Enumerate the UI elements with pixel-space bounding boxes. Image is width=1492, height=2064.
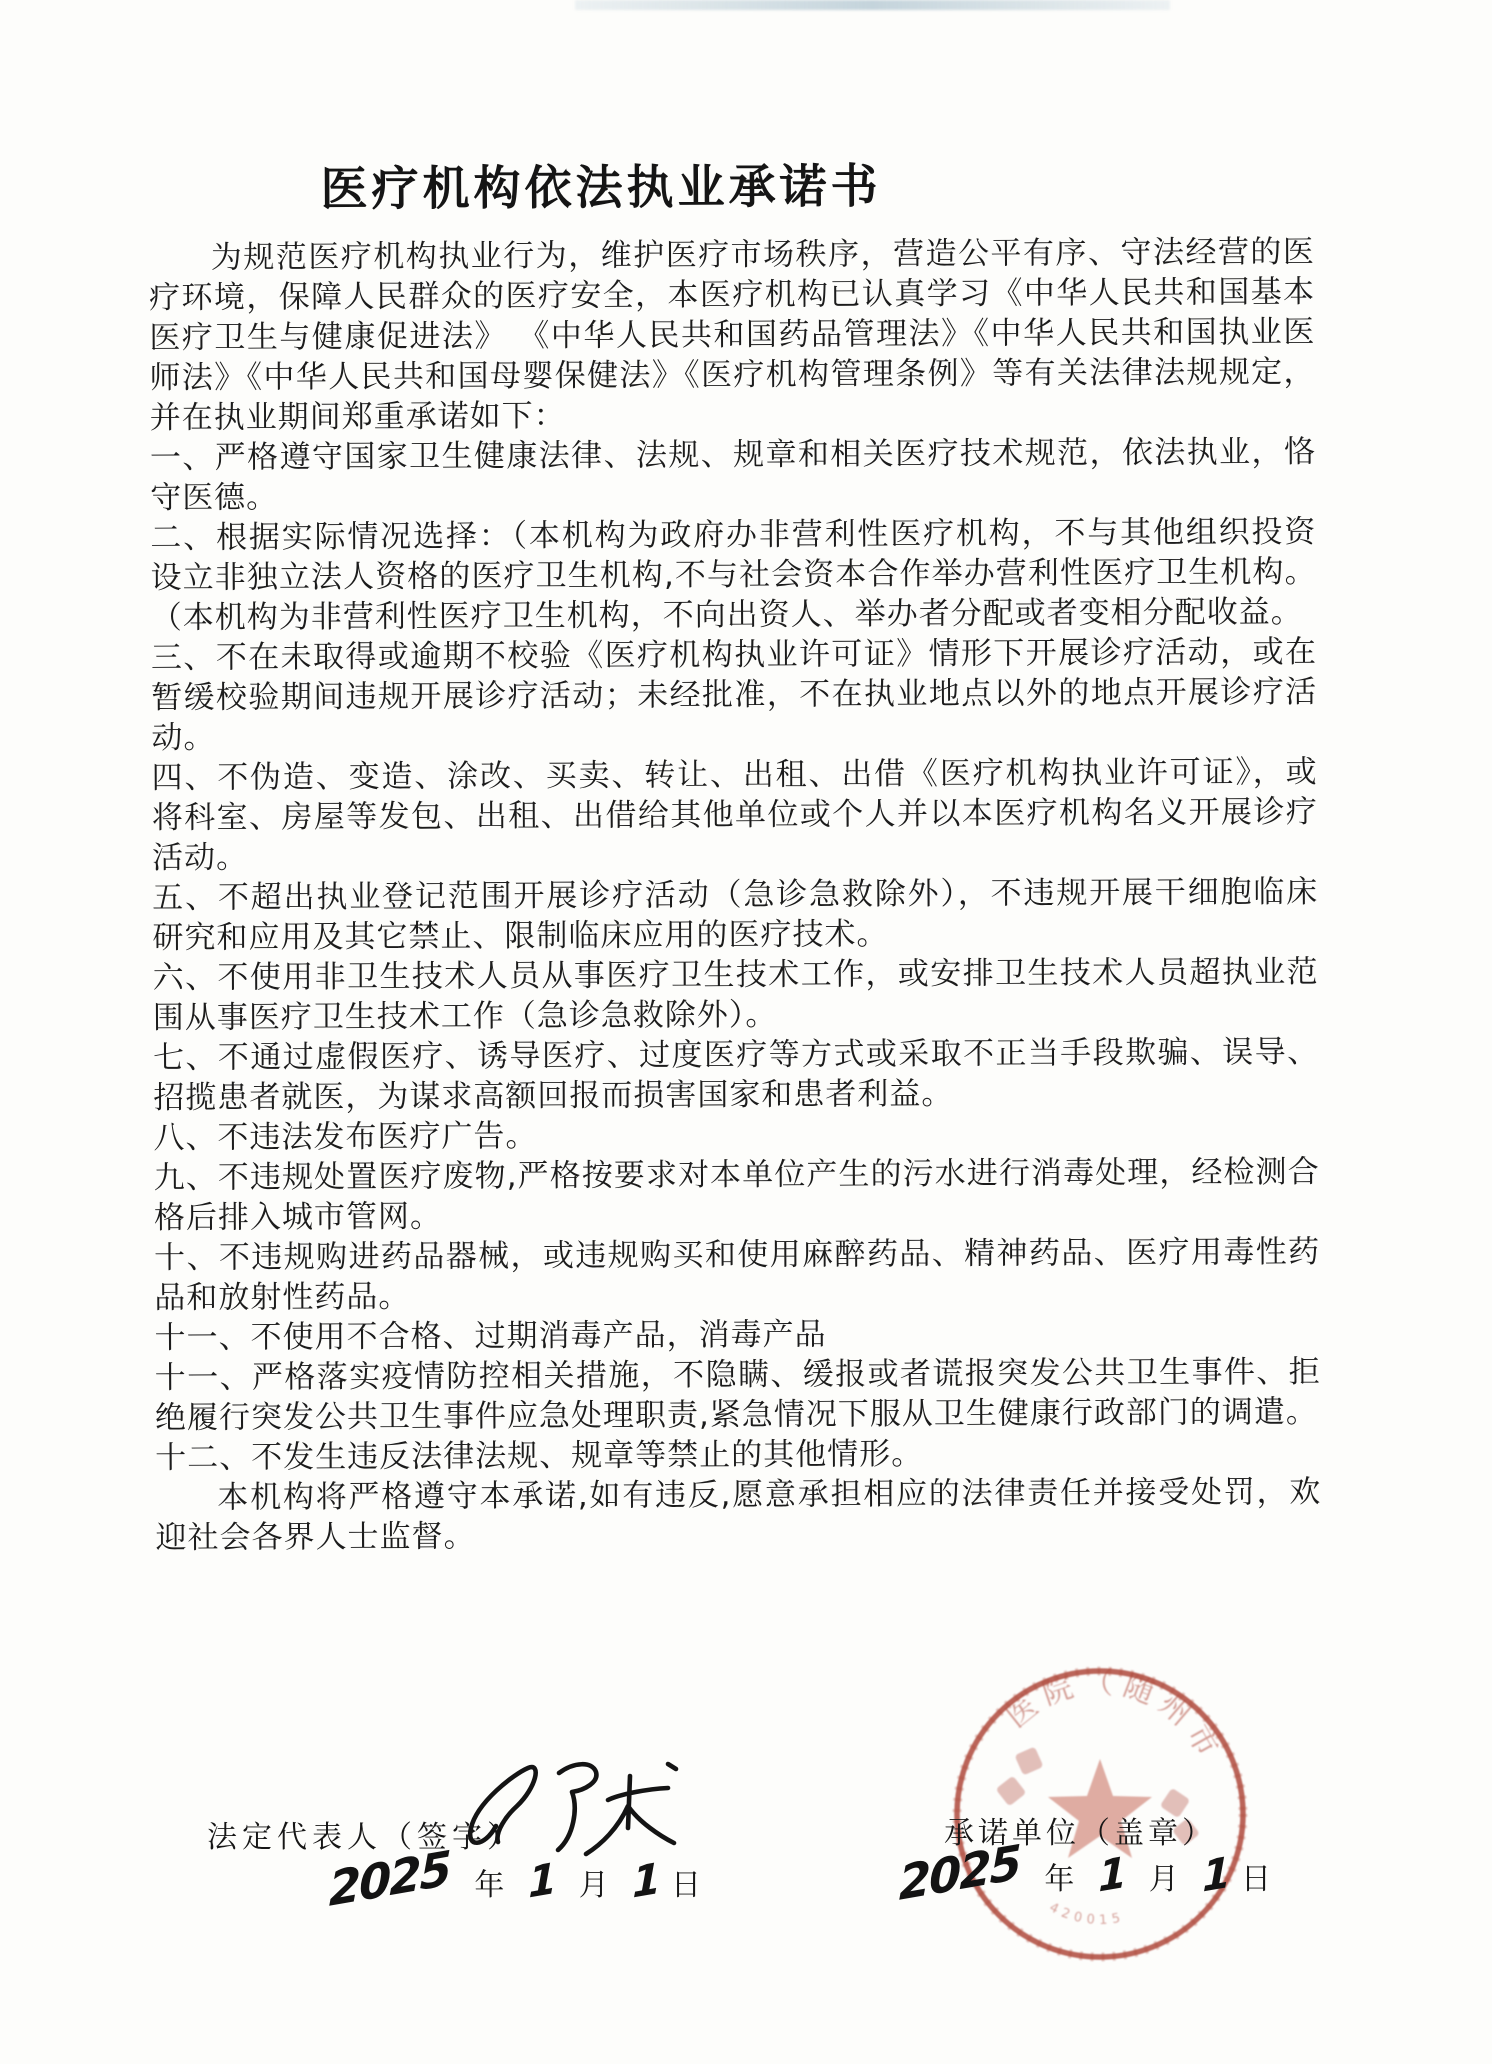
handwritten-month: 1 <box>1098 1847 1125 1901</box>
seal-code-text: 420015 <box>1047 1900 1127 1928</box>
signature-scribble <box>462 1748 702 1883</box>
right-date-line: 2025 年 1 月 1 日 <box>898 1846 1285 1901</box>
clause-paragraph: 三、不在未取得或逾期不校验《医疗机构执业许可证》情形下开展诊疗活动，或在暂缓校验… <box>151 632 1318 758</box>
clause-paragraph: 九、不违规处置医疗废物,严格按要求对本单位产生的污水进行消毒处理，经检测合格后排… <box>154 1152 1320 1238</box>
clause-paragraph: 六、不使用非卫生技术人员从事医疗卫生技术工作，或安排卫生技术人员超执业范围从事医… <box>153 952 1319 1038</box>
day-unit: 日 <box>1241 1854 1271 1898</box>
handwritten-year: 2025 <box>899 1835 1020 1912</box>
scanned-document-page: 医疗机构依法执业承诺书 为规范医疗机构执业行为，维护医疗市场秩序，营造公平有序、… <box>0 0 1492 2064</box>
document-body: 医疗机构依法执业承诺书 为规范医疗机构执业行为，维护医疗市场秩序，营造公平有序、… <box>148 147 1321 1558</box>
clause-paragraph: 五、不超出执业登记范围开展诊疗活动（急诊急救除外），不违规开展干细胞临床研究和应… <box>152 872 1318 958</box>
clause-paragraph: 十、不违规购进药品器械，或违规购买和使用麻醉药品、精神药品、医疗用毒性药品和放射… <box>154 1232 1320 1318</box>
handwritten-day: 1 <box>1202 1847 1229 1901</box>
scanner-artifact-strip <box>575 0 1170 10</box>
clause-paragraph: 二、根据实际情况选择：（本机构为政府办非营利性医疗机构，不与其他组织投资设立非独… <box>150 512 1317 638</box>
clause-paragraph: 十二、不发生违反法律法规、规章等禁止的其他情形。 <box>155 1432 1321 1478</box>
intro-paragraph: 为规范医疗机构执业行为，维护医疗市场秩序，营造公平有序、守法经营的医疗环境，保障… <box>149 232 1316 438</box>
page-title: 医疗机构依法执业承诺书 <box>320 149 881 219</box>
clause-paragraph: 十一、严格落实疫情防控相关措施，不隐瞒、缓报或者谎报突发公共卫生事件、拒绝履行突… <box>155 1352 1321 1438</box>
month-unit: 月 <box>1149 1854 1179 1898</box>
handwritten-year: 2025 <box>329 1841 450 1918</box>
clause-paragraph: 七、不通过虚假医疗、诱导医疗、过度医疗等方式或采取不正当手段欺骗、误导、招揽患者… <box>153 1032 1319 1118</box>
year-unit: 年 <box>1044 1854 1074 1898</box>
clause-paragraph: 四、不伪造、变造、涂改、买卖、转让、出租、出借《医疗机构执业许可证》，或将科室、… <box>151 752 1318 878</box>
closing-paragraph: 本机构将严格遵守本承诺,如有违反,愿意承担相应的法律责任并接受处罚，欢迎社会各界… <box>155 1472 1321 1558</box>
clause-paragraph: 一、严格遵守国家卫生健康法律、法规、规章和相关医疗技术规范，依法执业，恪守医德。 <box>150 432 1316 518</box>
clause-paragraph: 十一、不使用不合格、过期消毒产品，消毒产品 <box>154 1312 1320 1358</box>
clause-paragraph: 八、不违法发布医疗广告。 <box>153 1112 1319 1158</box>
